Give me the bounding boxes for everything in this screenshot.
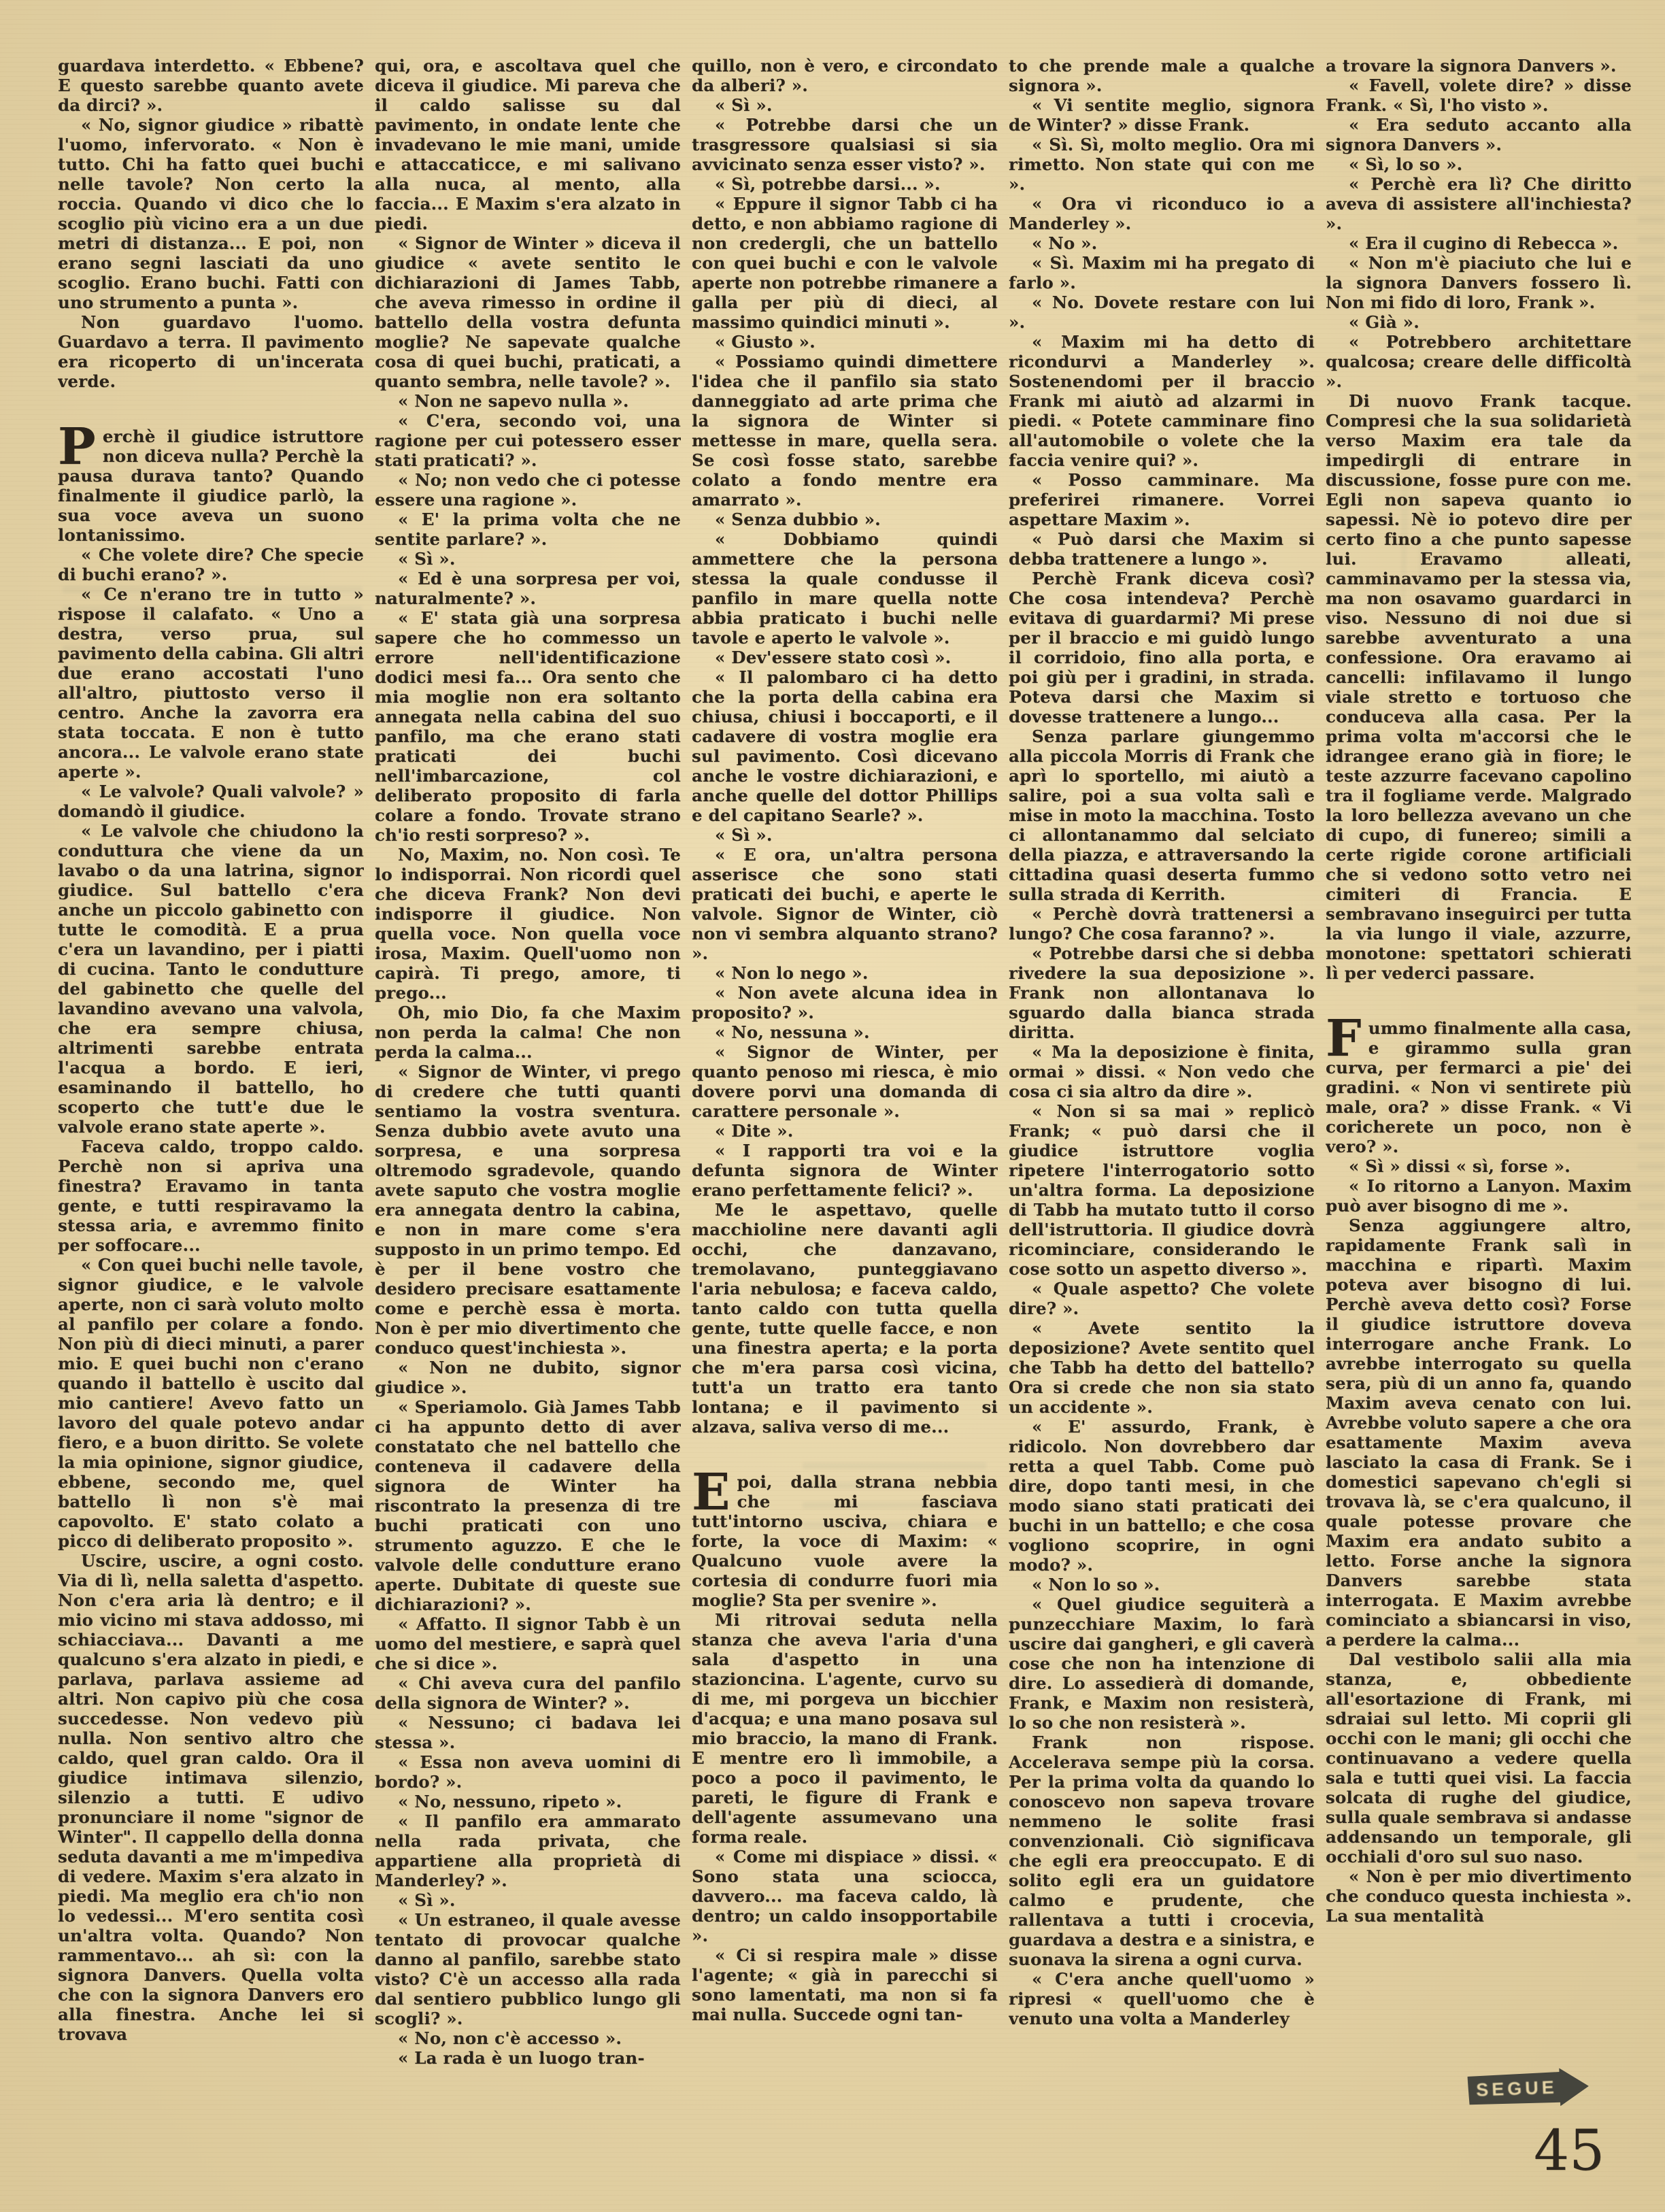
paragraph: « Il palombaro ci ha detto che la porta … [692,667,998,825]
drop-cap-letter: E [692,1472,737,1511]
paragraph: a trovare la signora Danvers ». [1326,56,1632,76]
paragraph: « Ce n'erano tre in tutto » rispose il c… [58,584,364,782]
paragraph: « Essa non aveva uomini di bordo? ». [375,1752,681,1792]
paragraph: « No, nessuna ». [692,1022,998,1042]
paragraph: « Chi aveva cura del panfilo della signo… [375,1673,681,1713]
paragraph: qui, ora, e ascoltava quel che diceva il… [375,56,681,233]
paragraph: « Ora vi riconduco io a Manderley ». [1009,194,1315,233]
paragraph: « Maxim mi ha detto di ricondurvi a Mand… [1009,332,1315,470]
paragraph: Mi ritrovai seduta nella stanza che avev… [692,1610,998,1847]
paragraph: « Era il cugino di Rebecca ». [1326,233,1632,253]
paragraph: quillo, non è vero, e circondato da albe… [692,56,998,95]
paragraph: Di nuovo Frank tacque. Compresi che la s… [1326,391,1632,983]
paragraph: « Avete sentito la deposizione? Avete se… [1009,1318,1315,1417]
paragraph: Senza aggiungere altro, rapidamente Fran… [1326,1216,1632,1649]
paragraph: « Non m'è piaciuto che lui e la signora … [1326,253,1632,312]
paragraph: « Dobbiamo quindi ammettere che la perso… [692,529,998,648]
paragraph: « Favell, volete dire? » disse Frank. « … [1326,76,1632,115]
paragraph: Uscire, uscire, a ogni costo. Via di lì,… [58,1551,364,2044]
paragraph: « No, signor giudice » ribattè l'uomo, i… [58,115,364,312]
paragraph-gap [58,391,364,426]
paragraph: « Il panfilo era ammarato nella rada pri… [375,1811,681,1890]
paragraph: « Signor de Winter, per quanto penoso mi… [692,1042,998,1121]
paragraph: « Sì ». [375,549,681,569]
text-column-4: to che prende male a qualche signora ».«… [1009,56,1315,2117]
paragraph: « E' assurdo, Frank, è ridicolo. Non dov… [1009,1417,1315,1575]
paragraph: « Quel giudice seguiterà a punzecchiare … [1009,1594,1315,1732]
paragraph: « Non è per mio divertimento che conduco… [1326,1866,1632,1926]
paragraph: « Che volete dire? Che specie di buchi e… [58,545,364,584]
drop-cap-paragraph: Perchè il giudice istruttore non diceva … [58,426,364,545]
paragraph: Perchè Frank diceva così? Che cosa inten… [1009,569,1315,726]
paragraph: « E ora, un'altra persona asserisce che … [692,845,998,963]
paragraph: « No. Dovete restare con lui ». [1009,292,1315,332]
segue-label: SEGUE [1476,2077,1558,2100]
paragraph: guardava interdetto. « Ebbene? E questo … [58,56,364,115]
paragraph: « Senza dubbio ». [692,509,998,529]
paragraph: Non guardavo l'uomo. Guardavo a terra. I… [58,312,364,391]
paragraph: « Ma la deposizione è finita, ormai » di… [1009,1042,1315,1101]
paragraph: « Nessuno; ci badava lei stessa ». [375,1713,681,1752]
paragraph: « No, nessuno, ripeto ». [375,1792,681,1811]
paragraph: « Sì ». [692,825,998,845]
paragraph: Me le aspettavo, quelle macchioline nere… [692,1200,998,1437]
text-column-1: guardava interdetto. « Ebbene? E questo … [58,56,364,2117]
drop-cap-paragraph: Epoi, dalla strana nebbia che mi fasciav… [692,1472,998,1610]
paragraph: « E' la prima volta che ne sentite parla… [375,509,681,549]
paragraph-gap [1326,983,1632,1018]
text-column-2: qui, ora, e ascoltava quel che diceva il… [375,56,681,2117]
paragraph: « Non avete alcuna idea in proposito? ». [692,983,998,1022]
paragraph: « Non si sa mai » replicò Frank; « può d… [1009,1101,1315,1279]
text-columns: guardava interdetto. « Ebbene? E questo … [58,56,1632,2117]
paragraph: « Non lo nego ». [692,963,998,983]
paragraph: « Possiamo quindi dimettere l'idea che i… [692,352,998,509]
paragraph: to che prende male a qualche signora ». [1009,56,1315,95]
paragraph: « Sì. Sì, molto meglio. Ora mi rimetto. … [1009,135,1315,194]
paragraph: Senza parlare giungemmo alla piccola Mor… [1009,726,1315,904]
paragraph: « Sì ». [692,95,998,115]
paragraph: « Dev'essere stato così ». [692,648,998,667]
paragraph: « Vi sentite meglio, signora de Winter? … [1009,95,1315,135]
paragraph: « La rada è un luogo tran- [375,2048,681,2068]
paragraph-gap [692,1437,998,1472]
paragraph: « Era seduto accanto alla signora Danver… [1326,115,1632,154]
paragraph: « Con quei buchi nelle tavole, signor gi… [58,1255,364,1551]
paragraph: « Quale aspetto? Che volete dire? ». [1009,1279,1315,1318]
paragraph: « Affatto. Il signor Tabb è un uomo del … [375,1614,681,1673]
paragraph: « Come mi dispiace » dissi. « Sono stata… [692,1847,998,1945]
bleed-through-smudge [1638,177,1665,1877]
paragraph: « Signor de Winter, vi prego di credere … [375,1062,681,1358]
text-column-5: a trovare la signora Danvers ».« Favell,… [1326,56,1632,2117]
paragraph: « Speriamolo. Già James Tabb ci ha appun… [375,1397,681,1614]
paragraph: « I rapporti tra voi e la defunta signor… [692,1141,998,1200]
paragraph: « Potrebbero architettare qualcosa; crea… [1326,332,1632,391]
paragraph: « No; non vedo che ci potesse essere una… [375,470,681,509]
paragraph: « Potrebbe darsi che un trasgressore qua… [692,115,998,174]
paragraph: « Ed è una sorpresa per voi, naturalment… [375,569,681,608]
paragraph: « Non ne sapevo nulla ». [375,391,681,411]
paragraph: « No ». [1009,233,1315,253]
paragraph: « Sì ». [375,1890,681,1910]
drop-cap-paragraph: Fummo finalmente alla casa, e girammo su… [1326,1018,1632,1156]
paragraph: « Sì » dissi « sì, forse ». [1326,1156,1632,1176]
paragraph: « Non lo so ». [1009,1575,1315,1594]
paragraph: Faceva caldo, troppo caldo. Perchè non s… [58,1137,364,1255]
paragraph: « E' stata già una sorpresa sapere che h… [375,608,681,845]
paragraph: Oh, mio Dio, fa che Maxim non perda la c… [375,1003,681,1062]
paragraph: « Perchè dovrà trattenersi a lungo? Che … [1009,904,1315,943]
paragraph: « Le valvole? Quali valvole? » domandò i… [58,782,364,821]
paragraph: « No, non c'è accesso ». [375,2028,681,2048]
paragraph: « Perchè era lì? Che diritto aveva di as… [1326,174,1632,233]
paragraph: « Non ne dubito, signor giudice ». [375,1358,681,1397]
paragraph: « Io ritorno a Lanyon. Maxim può aver bi… [1326,1176,1632,1216]
paragraph: « Potrebbe darsi che si debba rivedere l… [1009,943,1315,1042]
paragraph: « Dite ». [692,1121,998,1141]
paragraph: « Sì. Maxim mi ha pregato di farlo ». [1009,253,1315,292]
paragraph: Frank non rispose. Accelerava sempe più … [1009,1732,1315,1969]
paragraph: « Ci si respira male » disse l'agente; «… [692,1945,998,2024]
paragraph: Dal vestibolo salii alla mia stanza, e, … [1326,1649,1632,1866]
paragraph: « Sì, potrebbe darsi... ». [692,174,998,194]
paragraph: No, Maxim, no. Non così. Te lo indisporr… [375,845,681,1003]
paragraph: « Le valvole che chiudono la conduttura … [58,821,364,1137]
page-number: 45 [1534,2121,1615,2182]
paragraph: « Sì, lo so ». [1326,154,1632,174]
paragraph: « Un estraneo, il quale avesse tentato d… [375,1910,681,2028]
paragraph: « C'era anche quell'uomo » ripresi « que… [1009,1969,1315,2028]
paragraph: « Eppure il signor Tabb ci ha detto, e n… [692,194,998,332]
paragraph: « Già ». [1326,312,1632,332]
drop-cap-letter: P [58,426,103,466]
paragraph: « C'era, secondo voi, una ragione per cu… [375,411,681,470]
paragraph: « Può darsi che Maxim si debba trattener… [1009,529,1315,569]
paragraph: « Posso camminare. Ma preferirei rimaner… [1009,470,1315,529]
text-column-3: quillo, non è vero, e circondato da albe… [692,56,998,2117]
paragraph: « Signor de Winter » diceva il giudice «… [375,233,681,391]
magazine-page: guardava interdetto. « Ebbene? E questo … [0,0,1665,2212]
drop-cap-letter: F [1326,1018,1368,1058]
paragraph: « Giusto ». [692,332,998,352]
